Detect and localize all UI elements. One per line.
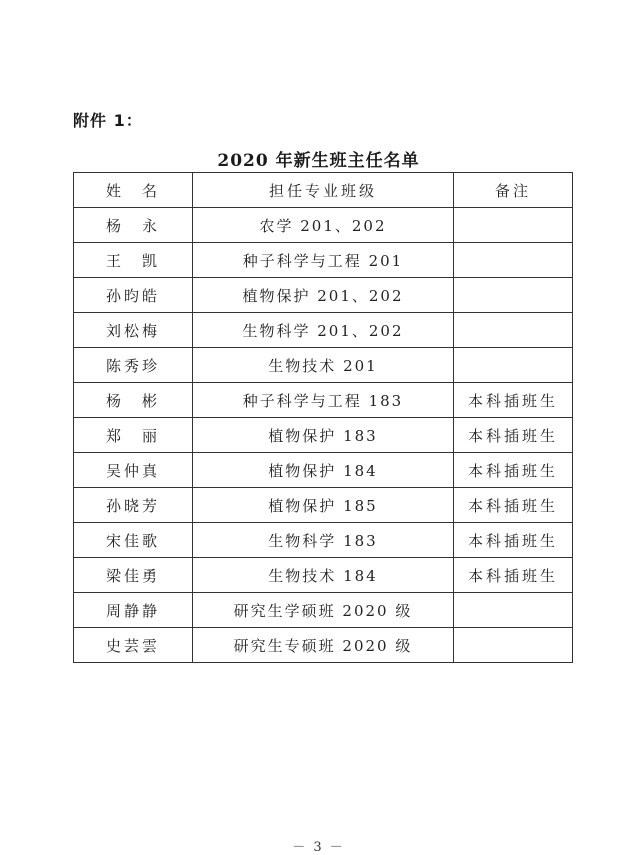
table-row: 孙昀皓植物保护 201、202 — [74, 278, 573, 313]
cell-note — [454, 628, 573, 663]
document-title: 2020 年新生班主任名单 — [0, 146, 637, 171]
table-row: 孙晓芳植物保护 185本科插班生 — [74, 488, 573, 523]
cell-note: 本科插班生 — [454, 383, 573, 418]
table-row: 吴仲真植物保护 184本科插班生 — [74, 453, 573, 488]
table-row: 杨 彬种子科学与工程 183本科插班生 — [74, 383, 573, 418]
cell-note: 本科插班生 — [454, 523, 573, 558]
cell-note: 本科插班生 — [454, 418, 573, 453]
cell-note — [454, 313, 573, 348]
cell-name: 宋佳歌 — [74, 523, 193, 558]
cell-note — [454, 208, 573, 243]
table-row: 史芸雲研究生专硕班 2020 级 — [74, 628, 573, 663]
cell-class: 生物技术 184 — [193, 558, 454, 593]
table-row: 王 凯种子科学与工程 201 — [74, 243, 573, 278]
table-row: 宋佳歌生物科学 183本科插班生 — [74, 523, 573, 558]
cell-name: 杨 永 — [74, 208, 193, 243]
cell-name: 吴仲真 — [74, 453, 193, 488]
cell-note — [454, 593, 573, 628]
table-row: 梁佳勇生物技术 184本科插班生 — [74, 558, 573, 593]
cell-name: 史芸雲 — [74, 628, 193, 663]
cell-class: 生物技术 201 — [193, 348, 454, 383]
header-name: 姓 名 — [74, 173, 193, 208]
cell-class: 种子科学与工程 201 — [193, 243, 454, 278]
cell-name: 王 凯 — [74, 243, 193, 278]
cell-note: 本科插班生 — [454, 558, 573, 593]
cell-name: 周静静 — [74, 593, 193, 628]
header-note: 备注 — [454, 173, 573, 208]
table-row: 陈秀珍生物技术 201 — [74, 348, 573, 383]
cell-class: 研究生学硕班 2020 级 — [193, 593, 454, 628]
table-row: 郑 丽植物保护 183本科插班生 — [74, 418, 573, 453]
cell-name: 孙晓芳 — [74, 488, 193, 523]
cell-class: 植物保护 201、202 — [193, 278, 454, 313]
attachment-label: 附件 1： — [73, 108, 143, 131]
table-row: 杨 永农学 201、202 — [74, 208, 573, 243]
table-header-row: 姓 名 担任专业班级 备注 — [74, 173, 573, 208]
cell-note — [454, 348, 573, 383]
page-number: － 3 － — [0, 836, 637, 855]
cell-class: 种子科学与工程 183 — [193, 383, 454, 418]
table-row: 周静静研究生学硕班 2020 级 — [74, 593, 573, 628]
cell-class: 生物科学 201、202 — [193, 313, 454, 348]
cell-name: 梁佳勇 — [74, 558, 193, 593]
cell-class: 植物保护 183 — [193, 418, 454, 453]
cell-class: 农学 201、202 — [193, 208, 454, 243]
cell-name: 杨 彬 — [74, 383, 193, 418]
table-row: 刘松梅生物科学 201、202 — [74, 313, 573, 348]
cell-class: 植物保护 184 — [193, 453, 454, 488]
header-class: 担任专业班级 — [193, 173, 454, 208]
cell-name: 刘松梅 — [74, 313, 193, 348]
cell-name: 孙昀皓 — [74, 278, 193, 313]
cell-class: 植物保护 185 — [193, 488, 454, 523]
cell-note: 本科插班生 — [454, 488, 573, 523]
cell-class: 研究生专硕班 2020 级 — [193, 628, 454, 663]
head-teacher-table: 姓 名 担任专业班级 备注 杨 永农学 201、202 王 凯种子科学与工程 2… — [73, 172, 573, 663]
cell-name: 郑 丽 — [74, 418, 193, 453]
cell-note — [454, 278, 573, 313]
cell-note — [454, 243, 573, 278]
cell-name: 陈秀珍 — [74, 348, 193, 383]
cell-note: 本科插班生 — [454, 453, 573, 488]
cell-class: 生物科学 183 — [193, 523, 454, 558]
